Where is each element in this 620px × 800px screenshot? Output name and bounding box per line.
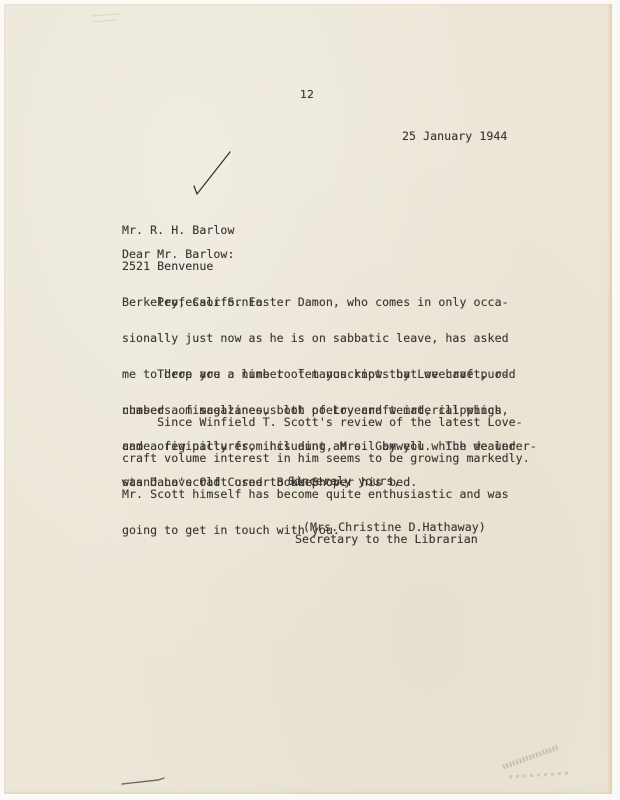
paragraph-line: Since Winfield T. Scott's review of the … [122, 416, 522, 428]
recipient-name: Mr. R. H. Barlow [122, 224, 263, 236]
letter-date: 25 January 1944 [402, 130, 507, 142]
paragraph-line: Professor S. Foster Damon, who comes in … [122, 296, 522, 308]
page-number: 12 [300, 89, 314, 101]
salutation: Dear Mr. Barlow: [122, 248, 234, 260]
closing: Sincerely yours, [288, 475, 400, 487]
letter-page: 12 25 January 1944 Mr. R. H. Barlow 2521… [4, 4, 612, 794]
paragraph-line: sionally just now as he is on sabbatic l… [122, 332, 522, 344]
pencil-mark-icon [120, 774, 170, 786]
checkmark-icon [190, 150, 240, 200]
signature-title: Secretary to the Librarian [295, 533, 478, 545]
paragraph-line: Mr. Scott himself has become quite enthu… [122, 488, 522, 500]
faded-mark [89, 10, 129, 30]
paragraph-line: There are a number of manuscripts by Lov… [122, 368, 522, 380]
paragraph-line: craft volume interest in him seems to be… [122, 452, 522, 464]
recipient-street: 2521 Benvenue [122, 260, 263, 272]
archive-stamp-icon [499, 739, 589, 789]
